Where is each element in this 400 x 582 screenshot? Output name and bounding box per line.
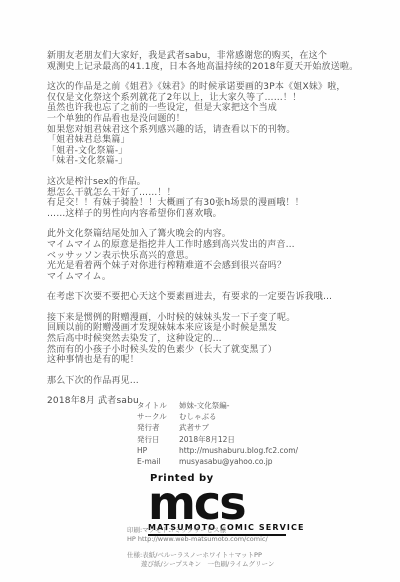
- text-line: 回顾以前的附赠漫画才发现妹妹本来应该是小时候是黑发: [47, 323, 377, 334]
- text-line: 然后高中时候突然去染发了，这种设定的…: [47, 334, 377, 345]
- afterword-text-block: 新朋友老朋友们大家好，我是武者sabu，非常感谢您的购买，在这个观测史上记录最高…: [47, 51, 377, 417]
- text-line: 然而有的小孩子小时候头发的色素少（长大了就变黑了）: [47, 345, 377, 356]
- credit-label: 発行日: [137, 434, 173, 445]
- printer-details: 印刷:マツモトコミックサービス様 HP http://www.web-matsu…: [127, 526, 274, 544]
- afterword-paragraph-greeting: 新朋友老朋友们大家好，我是武者sabu，非常感谢您的购买，在这个观测史上记录最高…: [47, 51, 377, 72]
- credit-row-circle: サークル むしゃぶる: [137, 411, 298, 422]
- mcs-logo: mcs: [148, 485, 288, 521]
- text-line: 如果您对姐君妹君这个系列感兴趣的话，请查看以下的刊物。: [47, 125, 377, 136]
- text-line: 「姐君-文化祭篇-」: [47, 146, 377, 157]
- doujinshi-afterword-page: 新朋友老朋友们大家好，我是武者sabu，非常感谢您的购买，在这个观测史上记录最高…: [0, 0, 400, 582]
- text-line: 有足交！！有妹子骑脸！！大概画了有30张h场景的漫画哦！！: [47, 198, 377, 209]
- credit-value: 姉妹-文化祭編-: [179, 400, 229, 411]
- afterword-paragraph-content: 这次是榨汁sex的作品。想怎么干就怎么干好了……！！有足交！！有妹子骑脸！！大概…: [47, 177, 377, 219]
- text-line: 这种事情也是有的呢！: [47, 355, 377, 366]
- afterword-paragraph-series-info: 这次的作品是之前《姐君》《妹君》的时候承诺要画的3P本《姐X妹》啦，仅仅是文化祭…: [47, 82, 377, 167]
- credit-row-homepage: HP http://mushaburu.blog.fc2.com/: [137, 445, 298, 456]
- homepage-url: http://mushaburu.blog.fc2.com/: [179, 445, 298, 456]
- text-line: 虽然也许我也忘了之前的一些设定，但是大家把这个当成: [47, 103, 377, 114]
- spec-cover-line: 仕様:表紙/ベルーラスノーホワイト＋マットPP: [127, 551, 274, 560]
- credit-row-publisher: 発行者 武者サブ: [137, 422, 298, 433]
- email-address: musyasabu@yahoo.co.jp: [179, 456, 273, 467]
- text-line: 观测史上记录最高的41.1度，日本各地高温持续的2018年夏天开始放送啦。: [47, 62, 377, 73]
- printer-homepage-line: HP http://www.web-matsumoto.com/comic/: [127, 535, 274, 544]
- text-line: 「妹君-文化祭篇-」: [47, 156, 377, 167]
- spec-paper-line: 遊び紙/シープスキン 一色刷/ライムグリーン: [127, 560, 274, 569]
- publication-credits: タイトル 姉妹-文化祭編- サークル むしゃぶる 発行者 武者サブ 発行日 20…: [137, 400, 298, 467]
- text-line: 一个单独的作品看也是没问题的！: [47, 114, 377, 125]
- credit-label: HP: [137, 445, 173, 456]
- text-line: 「姐君妹君总集篇」: [47, 135, 377, 146]
- afterword-paragraph-bonus-manga: 接下来是惯例的附赠漫画，小时候的妹妹头发一下子变了呢。回顾以前的附赠漫画才发现妹…: [47, 313, 377, 366]
- afterword-signoff: 那么下次的作品再见…: [47, 376, 377, 387]
- printer-detail-line: 印刷:マツモトコミックサービス様: [127, 526, 274, 535]
- credit-label: タイトル: [137, 400, 173, 411]
- text-line: 在考虑下次要不要把心天这个要素画进去，有要求的一定要告诉我哦…: [47, 292, 377, 303]
- credit-value: 2018年8月12日: [179, 434, 235, 445]
- text-line: 这次的作品是之前《姐君》《妹君》的时候承诺要画的3P本《姐X妹》啦，: [47, 82, 377, 93]
- credit-row-date: 発行日 2018年8月12日: [137, 434, 298, 445]
- text-line: 想怎么干就怎么干好了……！！: [47, 188, 377, 199]
- credit-row-email: E-mail musyasabu@yahoo.co.jp: [137, 456, 298, 467]
- credit-label: 発行者: [137, 422, 173, 433]
- text-line: マイムマイム。: [47, 272, 377, 283]
- text-line: 仅仅是文化祭这个系列就花了2年以上，让大家久等了……！！: [47, 93, 377, 104]
- text-line: 接下来是惯例的附赠漫画，小时候的妹妹头发一下子变了呢。: [47, 313, 377, 324]
- text-line: 新朋友老朋友们大家好，我是武者sabu，非常感谢您的购买，在这个: [47, 51, 377, 62]
- text-line: マイムマイム的原意是指挖井人工作时感到高兴发出的声音…: [47, 240, 377, 251]
- text-line: 此外文化祭篇结尾处加入了篝火晚会的内容。: [47, 229, 377, 240]
- afterword-paragraph-bonfire: 此外文化祭篇结尾处加入了篝火晚会的内容。マイムマイム的原意是指挖井人工作时感到高…: [47, 229, 377, 282]
- credit-row-title: タイトル 姉妹-文化祭編-: [137, 400, 298, 411]
- text-line: 光光是看着两个妹子对你进行榨精难道不会感到很兴奋吗？: [47, 261, 377, 272]
- credit-value: むしゃぶる: [179, 411, 217, 422]
- print-specs: 仕様:表紙/ベルーラスノーホワイト＋マットPP 遊び紙/シープスキン 一色刷/ラ…: [127, 551, 274, 569]
- credit-label: サークル: [137, 411, 173, 422]
- signoff-line: 那么下次的作品再见…: [47, 376, 377, 387]
- text-line: ……这样子的男性向内容希望你们喜欢哦。: [47, 209, 377, 220]
- text-line: 这次是榨汁sex的作品。: [47, 177, 377, 188]
- text-line: ベッサッソン表示快乐高兴的意思。: [47, 251, 377, 262]
- credit-label: E-mail: [137, 456, 173, 467]
- afterword-paragraph-next-plans: 在考虑下次要不要把心天这个要素画进去，有要求的一定要告诉我哦…: [47, 292, 377, 303]
- print-fineprint: 印刷:マツモトコミックサービス様 HP http://www.web-matsu…: [127, 526, 274, 576]
- credit-value: 武者サブ: [179, 422, 209, 433]
